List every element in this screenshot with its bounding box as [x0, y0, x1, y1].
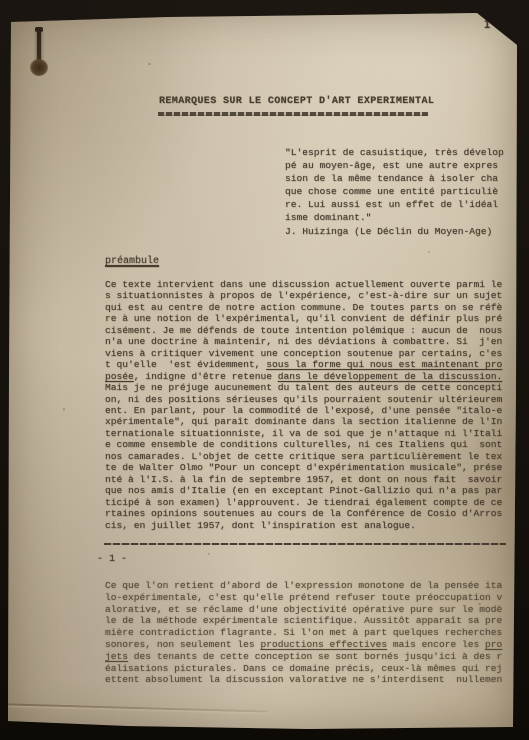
page-number: I — [484, 20, 491, 32]
document-page: I REMARQUES SUR LE CONCEPT D'ART EXPERIM… — [8, 13, 517, 729]
document-title: REMARQUES SUR LE CONCEPT D'ART EXPERIMEN… — [159, 96, 434, 107]
epigraph-attribution: J. Huizinga (Le Déclin du Moyen-Age) — [285, 226, 492, 237]
paper-speckle — [428, 251, 430, 253]
paper-speckle — [478, 603, 481, 605]
photo-background: I REMARQUES SUR LE CONCEPT D'ART EXPERIM… — [0, 0, 529, 740]
rust-stain — [30, 59, 48, 76]
staple-rust-mark — [28, 27, 50, 85]
epigraph-quote: "L'esprit de casuistique, très dévelop p… — [285, 146, 504, 224]
page-marker: - 1 - — [97, 554, 127, 565]
paper-crease — [8, 703, 268, 712]
paper-speckle — [148, 63, 151, 65]
paper-speckle — [63, 408, 65, 411]
preamble-paragraph: Ce texte intervient dans une discussion … — [105, 279, 502, 531]
title-underline — [158, 112, 428, 116]
section-heading-preambule: préambule — [105, 256, 159, 267]
paper-speckle — [208, 553, 210, 555]
body-paragraph: Ce que l'on retient d'abord de l'express… — [105, 580, 502, 686]
section-divider-line — [104, 543, 506, 545]
